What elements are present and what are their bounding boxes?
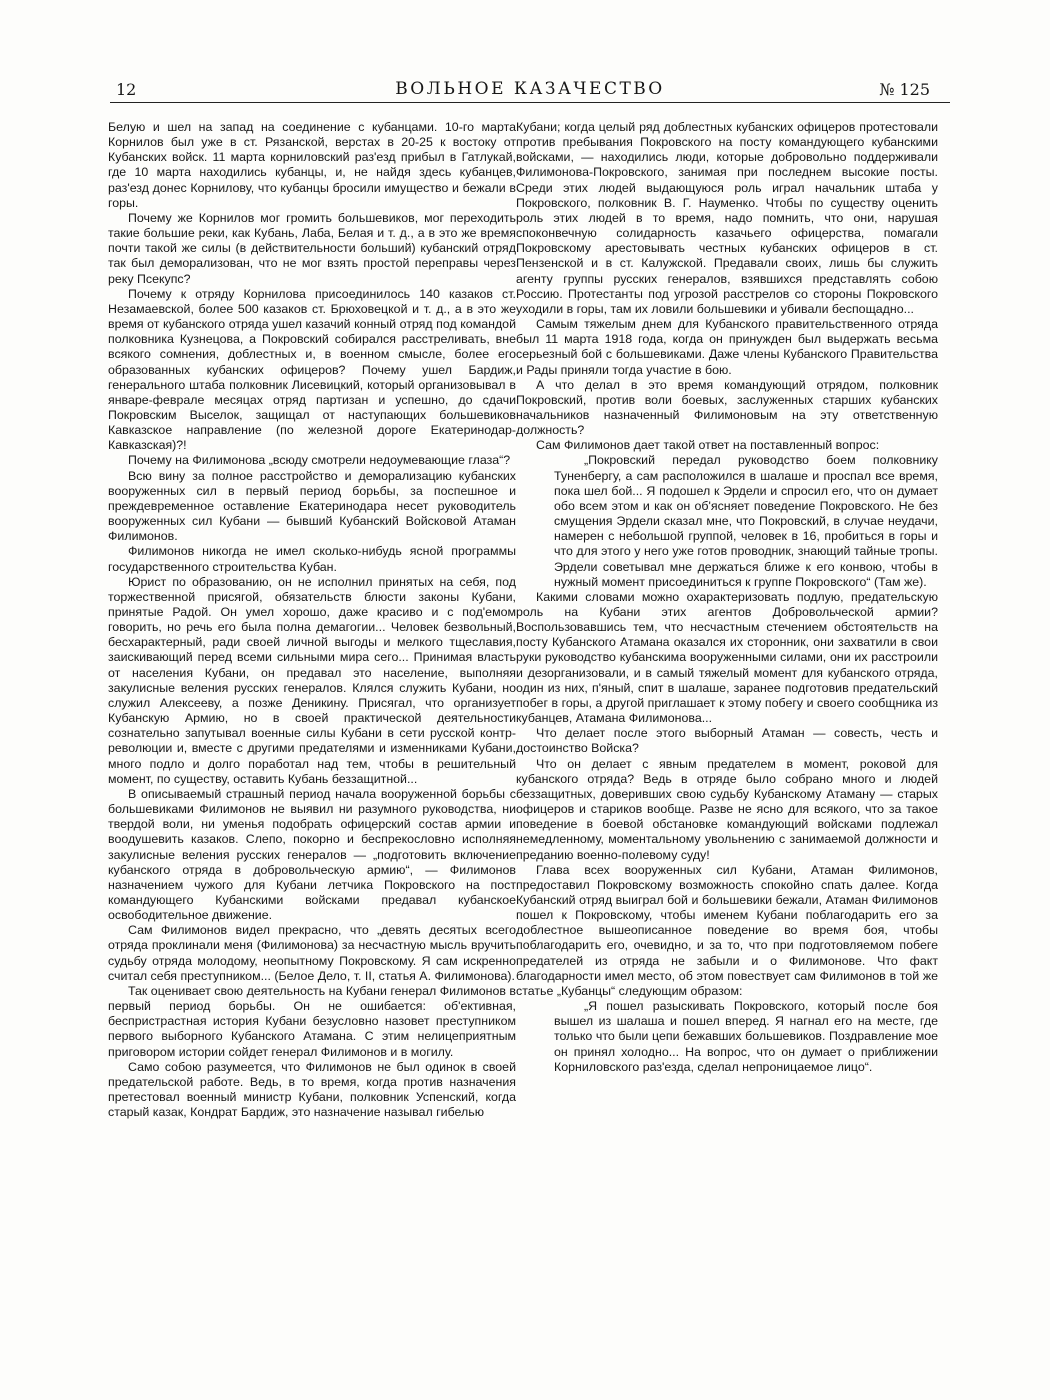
paragraph: Самым тяжелым днем для Кубанского правит…	[516, 317, 938, 378]
paragraph: Так оценивает свою деятельность на Кубан…	[108, 984, 516, 1060]
paragraph: А что делал в это время командующий отря…	[516, 378, 938, 439]
paragraph: Юрист по образованию, он не исполнил при…	[108, 575, 516, 787]
paragraph: Сам Филимонов дает такой ответ на постав…	[516, 438, 938, 453]
paragraph: Белую и шел на запад на соединение с куб…	[108, 120, 516, 211]
right-column: Кубани; когда целый ряд доблестных кубан…	[516, 120, 938, 1075]
paragraph: Что делает после этого выборный Атаман —…	[516, 726, 938, 756]
block-quote: „Я пошел разыскивать Покровского, которы…	[554, 999, 938, 1075]
paragraph: Какими словами можно охарактеризовать по…	[516, 590, 938, 726]
paragraph: Почему к отряду Корнилова присоединилось…	[108, 287, 516, 454]
paragraph: В описываемый страшный период начала воо…	[108, 787, 516, 923]
paragraph: Всю вину за полное расстройство и демора…	[108, 469, 516, 545]
issue-number: № 125	[879, 80, 930, 99]
paragraph: Почему на Филимонова „всюду смотрели нед…	[108, 453, 516, 468]
paragraph: Глава всех вооруженных сил Кубани, Атама…	[516, 863, 938, 999]
paragraph: Почему же Корнилов мог громить большевик…	[108, 211, 516, 287]
left-column: Белую и шел на запад на соединение с куб…	[108, 120, 516, 1120]
paragraph: Само собою разумеется, что Филимонов не …	[108, 1060, 516, 1121]
paragraph: Что он делает с явным предателем в момен…	[516, 757, 938, 863]
newspaper-page: 12 ВОЛЬНОЕ КАЗАЧЕСТВО № 125 Белую и шел …	[0, 0, 1050, 1400]
publication-title: ВОЛЬНОЕ КАЗАЧЕСТВО	[110, 79, 950, 99]
paragraph: Сам Филимонов видел прекрасно, что „девя…	[108, 923, 516, 984]
block-quote: „Покровский передал руководство боем пол…	[554, 453, 938, 589]
page-header: 12 ВОЛЬНОЕ КАЗАЧЕСТВО № 125	[110, 78, 950, 103]
paragraph: Филимонов никогда не имел сколько-нибудь…	[108, 544, 516, 574]
paragraph: Кубани; когда целый ряд доблестных кубан…	[516, 120, 938, 317]
